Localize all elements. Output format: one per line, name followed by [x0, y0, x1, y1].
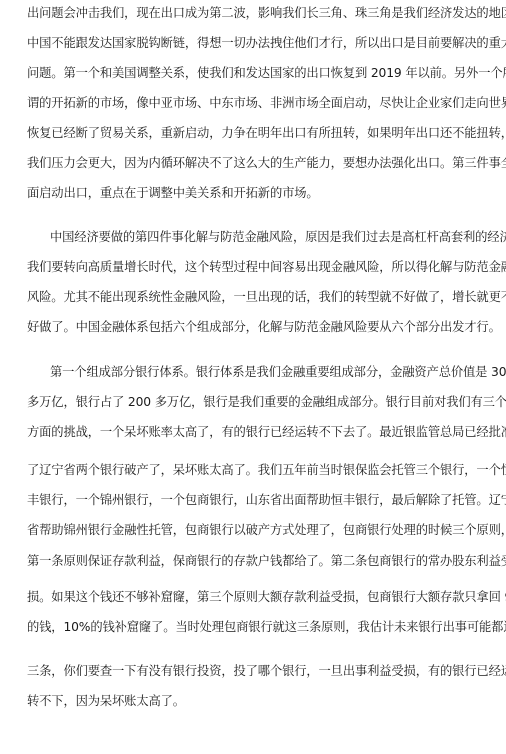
text-line: 出问题会冲击我们，现在出口成为第二波，影响我们长三角、珠三角是我们经济发达的地区…: [27, 3, 506, 23]
text-line: 面启动出口，重点在于调整中美关系和开拓新的市场。: [27, 183, 319, 203]
text-line: 中国不能跟发达国家脱钩断链，得想一切办法拽住他们才行，所以出口是目前要解决的重大: [27, 33, 506, 53]
text-line: 了辽宁省两个银行破产了，呆坏账太高了。我们五年前当时银保监会托管三个银行，一个恒: [27, 460, 506, 480]
text-line: 风险。尤其不能出现系统性金融风险，一旦出现的话，我们的转型就不好做了，增长就更不: [27, 287, 506, 307]
text-line: 恢复已经断了贸易关系，重新启动，力争在明年出口有所扭转，如果明年出口还不能扭转，: [27, 123, 506, 143]
text-line: 转不下，因为呆坏账太高了。: [27, 691, 185, 711]
text-line: 好做了。中国金融体系包括六个组成部分，化解与防范金融风险要从六个部分出发才行。: [27, 317, 501, 337]
text-line: 方面的挑战，一个呆坏账率太高了，有的银行已经运转不下去了。最近银监管总局已经批准: [27, 422, 506, 442]
text-line: 我们压力会更大，因为内循环解决不了这么大的生产能力，要想办法强化出口。第三件事全: [27, 153, 506, 173]
paragraph-first-line: 中国经济要做的第四件事化解与防范金融风险，原因是我们过去是高杠杆高套利的经济，: [50, 227, 506, 247]
paragraph-first-line: 第一个组成部分银行体系。银行体系是我们金融重要组成部分，金融资产总价值是 300: [50, 362, 506, 382]
text-line: 省帮助锦州银行金融性托管，包商银行以破产方式处理了，包商银行处理的时候三个原则，: [27, 520, 506, 540]
text-line: 三条，你们要查一下有没有银行投资，投了哪个银行，一旦出事利益受损，有的银行已经运: [27, 661, 506, 681]
text-line: 多万亿，银行占了 200 多万亿，银行是我们重要的金融组成部分。银行目前对我们有…: [27, 392, 506, 412]
text-line: 第一条原则保证存款利益，保商银行的存款户钱都给了。第二条包商银行的常办股东利益受: [27, 551, 506, 571]
text-line: 问题。第一个和美国调整关系，使我们和发达国家的出口恢复到 2019 年以前。另外…: [27, 63, 506, 83]
text-line: 丰银行，一个锦州银行，一个包商银行，山东省出面帮助恒丰银行，最后解除了托管。辽宁: [27, 490, 506, 510]
text-line: 谓的开拓新的市场，像中亚市场、中东市场、非洲市场全面启动，尽快让企业家们走向世界…: [27, 93, 506, 113]
text-line: 我们要转向高质量增长时代，这个转型过程中间容易出现金融风险，所以得化解与防范金融: [27, 257, 506, 277]
text-line: 损。如果这个钱还不够补窟窿，第三个原则大额存款利益受损，包商银行大额存款只拿回 …: [27, 587, 506, 607]
text-line: 的钱，10%的钱补窟窿了。当时处理包商银行就这三条原则，我估计未来银行出事可能都…: [27, 617, 506, 637]
